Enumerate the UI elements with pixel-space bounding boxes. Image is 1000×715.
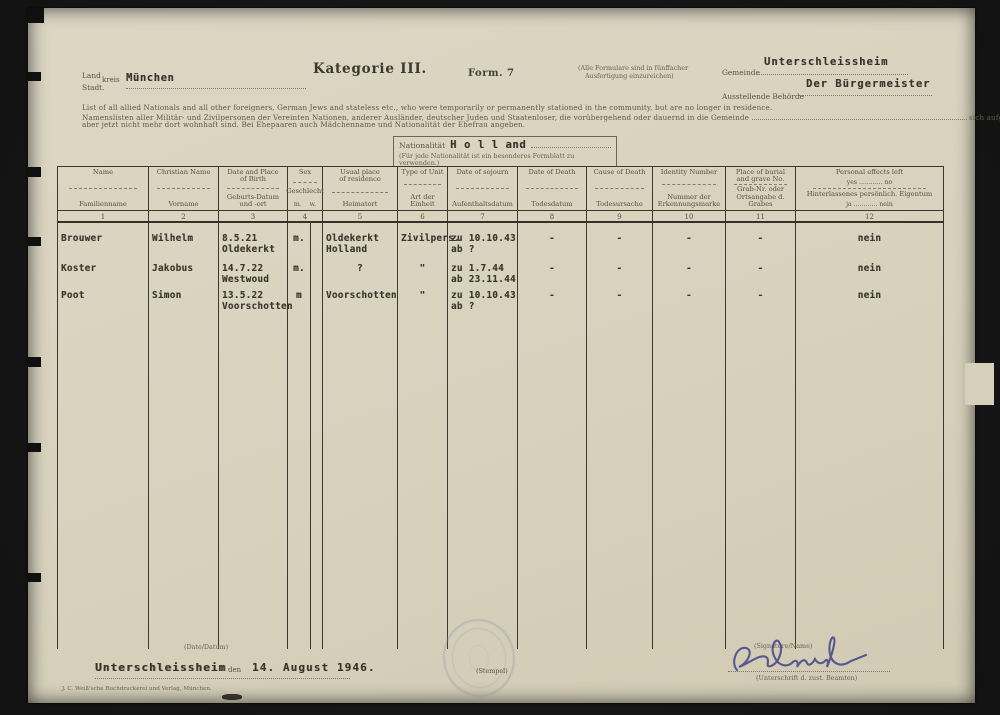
scan-artifact xyxy=(28,443,41,452)
den-label: den xyxy=(228,666,241,674)
table-cell: - xyxy=(653,291,725,302)
scan-artifact xyxy=(28,167,41,177)
table-cell: nein xyxy=(796,291,943,302)
header-cell-text: Geburts-Datum und -ort xyxy=(227,194,279,208)
document-page: Land kreis Stadt. München Kategorie III.… xyxy=(28,8,975,703)
header-cell: Place of burial and grave No.Grab-Nr. od… xyxy=(726,167,796,210)
table-cell: - xyxy=(587,264,652,275)
scan-artifact xyxy=(28,8,44,23)
table-column: WilhelmJakobusSimon xyxy=(149,223,219,649)
behoerde-label: Ausstellende Behörde xyxy=(722,92,804,101)
page-title: Kategorie III. xyxy=(300,61,440,77)
header-cell-text: m. w. xyxy=(294,201,316,208)
stamp-label: (Stempel) xyxy=(476,668,508,675)
table-column: neinneinnein xyxy=(796,223,944,649)
table-cell: 14.7.22 Westwoud xyxy=(222,264,269,285)
header-cell-text: Familienname xyxy=(79,201,127,208)
table-cell: - xyxy=(726,291,795,302)
table-column: --- xyxy=(726,223,796,649)
table-cell: Poot xyxy=(61,291,85,302)
header-cell: Cause of DeathTodesursache xyxy=(587,167,653,210)
header-cell-text: Art der Einheit xyxy=(399,194,446,208)
header-cell-text: Date of sojourn xyxy=(456,169,508,176)
paper-edge-protrusion xyxy=(965,363,994,405)
table-column: 8.5.21 Oldekerkt14.7.22 Westwoud13.5.22 … xyxy=(219,223,288,649)
scan-artifact xyxy=(28,72,41,81)
table-column: Oldekerkt Holland?Voorschotten xyxy=(323,223,398,649)
persons-table: NameFamiliennameChristian NameVornameDat… xyxy=(57,166,944,649)
place-value: Unterschleissheim xyxy=(95,661,226,674)
printer-imprint: J. C. Weiß'sche Buchdruckerei und Verlag… xyxy=(62,686,212,692)
header-cell-text: Christian Name xyxy=(157,169,211,176)
signature-dotted-line xyxy=(728,671,890,672)
table-body: BrouwerKosterPootWilhelmJakobusSimon8.5.… xyxy=(57,223,944,649)
table-cell: Wilhelm xyxy=(152,234,193,245)
header-cell-text: Todesdatum xyxy=(531,201,572,208)
gemeinde-dotted-line xyxy=(756,74,908,75)
header-cell-divider xyxy=(157,188,209,189)
table-cell: Voorschotten xyxy=(326,291,397,302)
header-cell-text: Personal effects left xyxy=(836,169,903,176)
header-cell-text: Todesursache xyxy=(596,201,643,208)
table-cell: nein xyxy=(796,234,943,245)
header-cell: Christian NameVorname xyxy=(149,167,219,210)
table-cell: m xyxy=(288,291,310,302)
table-cell: - xyxy=(726,264,795,275)
header-cell-text: Cause of Death xyxy=(594,169,646,176)
land-label: Land xyxy=(82,71,101,80)
header-cell-text: Name xyxy=(93,169,113,176)
table-cell: - xyxy=(653,234,725,245)
gemeinde-value: Unterschleissheim xyxy=(764,56,888,68)
table-header: NameFamiliennameChristian NameVornameDat… xyxy=(57,166,944,210)
table-cell: m. xyxy=(288,234,310,245)
header-cell: Date of DeathTodesdatum xyxy=(518,167,587,210)
header-cell: Usual place of residenceHeimatort xyxy=(323,167,398,210)
header-cell: NameFamilienname xyxy=(58,167,149,210)
scan-background: Land kreis Stadt. München Kategorie III.… xyxy=(0,0,1000,715)
header-cell-divider xyxy=(662,184,717,185)
gemeinde-label: Gemeinde xyxy=(722,68,760,77)
header-cell-divider xyxy=(69,188,138,189)
table-cell: 8.5.21 Oldekerkt xyxy=(222,234,275,255)
header-cell-divider xyxy=(332,192,388,193)
nationality-label: Nationalität xyxy=(399,141,445,150)
table-cell: Simon xyxy=(152,291,182,302)
header-cell-divider xyxy=(526,188,577,189)
table-column: --- xyxy=(518,223,587,649)
column-number: 12 xyxy=(796,211,944,221)
table-cell: - xyxy=(726,234,795,245)
table-cell: 13.5.22 Voorschotten xyxy=(222,291,293,312)
district-dotted-line xyxy=(126,88,306,89)
nationality-value: H o l l and xyxy=(450,139,526,151)
header-cell-divider xyxy=(456,188,508,189)
header-cell-text: Nummer der Erkennungsmarke xyxy=(658,194,721,208)
district-value: München xyxy=(126,72,174,84)
table-cell: zu 1.7.44 ab 23.11.44 xyxy=(451,264,516,285)
column-number: 3 xyxy=(219,211,288,221)
table-cell: ? xyxy=(323,264,397,275)
table-cell: - xyxy=(518,234,586,245)
intro-line2-text-b: sich aufgehalten haben, xyxy=(969,113,1000,122)
column-number: 6 xyxy=(398,211,448,221)
behoerde-value: Der Bürgermeister xyxy=(806,78,930,90)
table-column: m.m.m xyxy=(288,223,311,649)
date-value: 14. August 1946. xyxy=(252,661,376,674)
header-cell-text: Place of burial and grave No. xyxy=(736,169,785,183)
header-cell-divider xyxy=(404,184,441,185)
header-cell: Personal effects leftyes ............ no… xyxy=(796,167,944,210)
table-cell: zu 10.10.43 ab ? xyxy=(451,234,516,255)
table-column: --- xyxy=(587,223,653,649)
table-cell: Koster xyxy=(61,264,96,275)
scan-artifact xyxy=(28,357,41,367)
table-cell: m. xyxy=(288,264,310,275)
nationality-dotted-line xyxy=(531,139,611,148)
table-column: Zivilpers."" xyxy=(398,223,448,649)
header-cell: Type of UnitArt der Einheit xyxy=(398,167,448,210)
table-column: --- xyxy=(653,223,726,649)
header-cell-text: Geschlecht xyxy=(286,188,324,195)
column-number: 2 xyxy=(149,211,219,221)
table-column: BrouwerKosterPoot xyxy=(58,223,149,649)
table-cell: zu 10.10.43 ab ? xyxy=(451,291,516,312)
header-cell-divider xyxy=(813,188,926,189)
date-dotted-line xyxy=(95,678,350,679)
table-column xyxy=(311,223,323,649)
table-cell: - xyxy=(518,291,586,302)
scan-artifact xyxy=(28,237,41,246)
scan-artifact xyxy=(28,573,41,582)
header-cell-text: Sex xyxy=(299,169,311,176)
signature-sub-label: (Unterschrift d. zust. Beamten) xyxy=(756,675,857,682)
table-cell: " xyxy=(398,291,447,302)
intro-line1: List of all allied Nationals and all oth… xyxy=(82,104,772,112)
header-cell: SexGeschlechtm. w. xyxy=(288,167,323,210)
column-number: 8 xyxy=(518,211,587,221)
header-cell-text: Date of Death xyxy=(528,169,575,176)
kreis-label: kreis xyxy=(102,76,120,84)
intro-line3: aber jetzt nicht mehr dort wohnhaft sind… xyxy=(82,121,525,129)
header-cell-text: Aufenthaltsdatum xyxy=(452,201,513,208)
column-number: 1 xyxy=(58,211,149,221)
header-cell-text: Heimatort xyxy=(343,201,378,208)
header-cell-divider xyxy=(595,188,644,189)
header-cell-text: Hinterlassenes persönlich. Eigentum xyxy=(807,191,933,198)
date-field-label: (Date/Datum) xyxy=(184,644,228,651)
column-number: 5 xyxy=(323,211,398,221)
column-number: 11 xyxy=(726,211,796,221)
table-cell: - xyxy=(518,264,586,275)
table-cell: - xyxy=(587,234,652,245)
column-number: 10 xyxy=(653,211,726,221)
nationality-box: Nationalität H o l l and (Für jede Natio… xyxy=(393,136,617,167)
behoerde-dotted-line xyxy=(798,95,932,96)
table-cell: Brouwer xyxy=(61,234,102,245)
header-cell-divider xyxy=(227,188,278,189)
stadt-label: Stadt. xyxy=(82,83,105,92)
form-number: Form. 7 xyxy=(468,68,515,79)
header-cell: Date and Place of BirthGeburts-Datum und… xyxy=(219,167,288,210)
table-number-row: 123456789101112 xyxy=(57,210,944,223)
table-cell: " xyxy=(398,264,447,275)
header-cell-text: Usual place of residence xyxy=(339,169,381,183)
table-column: zu 10.10.43 ab ?zu 1.7.44 ab 23.11.44zu … xyxy=(448,223,518,649)
column-number: 7 xyxy=(448,211,518,221)
header-cell: Date of sojournAufenthaltsdatum xyxy=(448,167,518,210)
header-cell-text: Date and Place of Birth xyxy=(227,169,278,183)
header-cell-text: ja ............ nein xyxy=(846,201,893,208)
table-cell: - xyxy=(653,264,725,275)
scan-artifact xyxy=(222,694,242,700)
header-cell-divider xyxy=(293,182,318,183)
header-cell-text: Grab-Nr. oder Ortsangabe d. Grabes xyxy=(727,186,794,208)
table-cell: Jakobus xyxy=(152,264,193,275)
header-cell: Identity NumberNummer der Erkennungsmark… xyxy=(653,167,726,210)
table-cell: - xyxy=(587,291,652,302)
column-number: 9 xyxy=(587,211,653,221)
column-number: 4 xyxy=(288,211,323,221)
header-cell-text: Identity Number xyxy=(661,169,718,176)
header-cell-text: Type of Unit xyxy=(402,169,444,176)
table-cell: Oldekerkt Holland xyxy=(326,234,379,255)
table-cell: nein xyxy=(796,264,943,275)
header-cell-text: Vorname xyxy=(168,201,198,208)
intro-line2-dotted-blank xyxy=(752,113,967,120)
form-note-line2: Ausfertigung einzureichen) xyxy=(585,73,674,80)
header-cell-text: yes ............ no xyxy=(847,179,893,186)
